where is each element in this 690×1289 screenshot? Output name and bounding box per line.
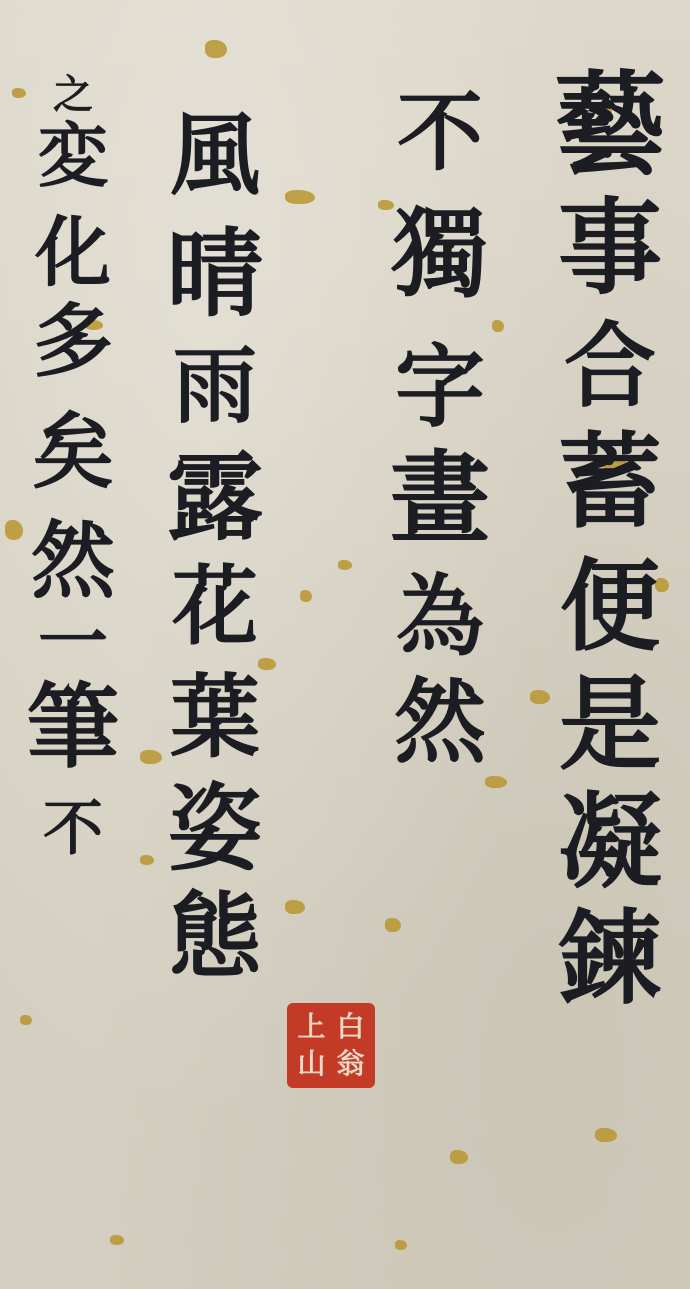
character: 是 bbox=[559, 674, 661, 776]
character: 不 bbox=[397, 90, 483, 176]
character: 鍊 bbox=[559, 908, 661, 1010]
character: 凝 bbox=[558, 790, 662, 894]
character: 露 bbox=[167, 450, 263, 546]
character: 風 bbox=[170, 110, 260, 200]
gold-fleck bbox=[285, 190, 315, 204]
gold-fleck bbox=[20, 1015, 32, 1025]
character: 多 bbox=[33, 301, 113, 381]
calligraphy-column-2: 不 獨 字 畫 為 然 bbox=[385, 90, 495, 768]
character: 然 bbox=[31, 519, 115, 603]
character: 一 bbox=[38, 607, 108, 677]
character: 変 bbox=[38, 121, 108, 191]
seal-character: 山 bbox=[293, 1047, 330, 1083]
character: 獨 bbox=[392, 206, 488, 302]
character: 為 bbox=[396, 572, 484, 660]
character: 字 bbox=[395, 342, 485, 432]
character: 化 bbox=[35, 215, 111, 291]
gold-fleck bbox=[205, 40, 227, 58]
character: 事 bbox=[558, 196, 662, 300]
character: 晴 bbox=[167, 226, 263, 322]
character: 姿 bbox=[168, 782, 262, 876]
character: 便 bbox=[560, 556, 660, 656]
gold-fleck bbox=[595, 1128, 617, 1142]
gold-fleck bbox=[140, 855, 154, 865]
character: 合 bbox=[564, 320, 656, 412]
gold-fleck bbox=[110, 1235, 124, 1245]
seal-character: 白 bbox=[332, 1009, 369, 1045]
character: 葉 bbox=[170, 672, 260, 762]
character: 藝 bbox=[554, 70, 666, 182]
gold-fleck bbox=[140, 750, 162, 764]
gold-fleck bbox=[300, 590, 312, 602]
calligraphy-column-1: 藝 事 合 蓄 便 是 凝 鍊 bbox=[545, 70, 675, 1010]
seal-character: 上 bbox=[293, 1009, 330, 1045]
gold-fleck bbox=[285, 900, 305, 914]
character: 蓄 bbox=[558, 430, 662, 534]
gold-fleck bbox=[395, 1240, 407, 1250]
gold-fleck bbox=[338, 560, 352, 570]
character: 然 bbox=[394, 676, 486, 768]
character: 畫 bbox=[390, 448, 490, 548]
character: 之 bbox=[53, 75, 93, 115]
seal-character: 翁 bbox=[332, 1047, 369, 1083]
character: 態 bbox=[169, 890, 261, 982]
gold-fleck bbox=[450, 1150, 468, 1164]
character: 矣 bbox=[32, 411, 114, 493]
character: 花 bbox=[172, 564, 258, 650]
gold-fleck bbox=[385, 918, 401, 932]
calligraphy-column-4: 之 変 化 多 矣 然 一 筆 不 bbox=[18, 75, 128, 859]
character: 筆 bbox=[27, 681, 119, 773]
calligraphy-column-3: 風 晴 雨 露 花 葉 姿 態 bbox=[160, 110, 270, 982]
calligraphy-paper: 藝 事 合 蓄 便 是 凝 鍊 不 獨 字 畫 為 然 風 晴 雨 露 花 葉 … bbox=[0, 0, 690, 1289]
red-seal-stamp: 上 白 山 翁 bbox=[287, 1003, 375, 1088]
character: 雨 bbox=[173, 344, 257, 428]
gold-fleck bbox=[485, 776, 507, 788]
character: 不 bbox=[43, 799, 103, 859]
